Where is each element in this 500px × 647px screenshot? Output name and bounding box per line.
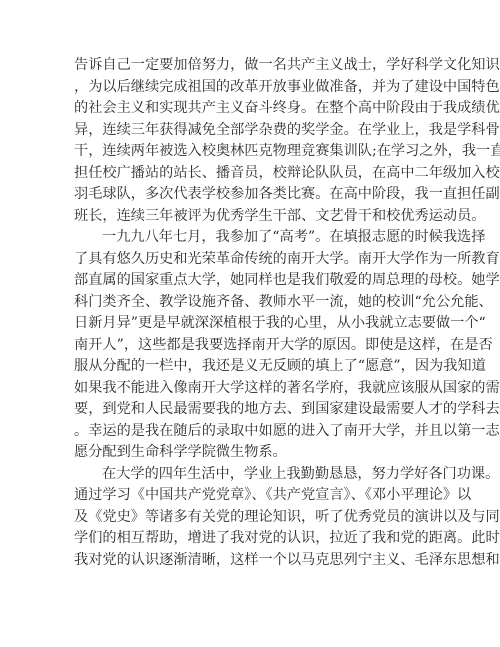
text-line: 我对党的认识逐渐清晰，这样一个以马克思列宁主义、毛泽东思想和	[74, 550, 418, 572]
text-line: 愿分配到生命科学学院微生物系。	[74, 442, 418, 464]
text-line: 科门类齐全、教学设施齐备、教师水平一流，她的校训“允公允能、	[74, 292, 418, 314]
text-line: 一九九八年七月，我参加了“高考”。在填报志愿的时候我选择	[74, 227, 418, 249]
text-line: 服从分配的一栏中，我还是义无反顾的填上了“愿意”，因为我知道	[74, 356, 418, 378]
text-line: 学们的相互帮助，增进了我对党的认识，拉近了我和党的距离。此时	[74, 528, 418, 550]
text-line: 羽毛球队，多次代表学校参加各类比赛。在高中阶段，我一直担任副	[74, 184, 418, 206]
paragraph-3: 在大学的四年生活中，学业上我勤勤恳恳，努力学好各门功课。 通过学习《中国共产党党…	[74, 464, 418, 572]
text-line: 通过学习《中国共产党党章》、《共产党宣言》、《邓小平理论》以	[74, 485, 418, 507]
text-line: 日新月异”更是早就深深植根于我的心里，从小我就立志要做一个“	[74, 313, 418, 335]
text-line: 干，连续两年被选入校奥林匹克物理竞赛集训队;在学习之外，我一直	[74, 141, 418, 163]
text-line: 在大学的四年生活中，学业上我勤勤恳恳，努力学好各门功课。	[74, 464, 418, 486]
text-line: 及《党史》等诸多有关党的理论知识，听了优秀党员的演讲以及与同	[74, 507, 418, 529]
document-page: 告诉自己一定要加倍努力，做一名共产主义战士，学好科学文化知识 ，为以后继续完成祖…	[0, 0, 500, 647]
text-line: 异，连续三年获得减免全部学杂费的奖学金。在学业上，我是学科骨	[74, 120, 418, 142]
text-line: 班长，连续三年被评为优秀学生干部、文艺骨干和校优秀运动员。	[74, 206, 418, 228]
text-line: 南开人”，这些都是我要选择南开大学的原因。即使是这样，在是否	[74, 335, 418, 357]
paragraph-1: 告诉自己一定要加倍努力，做一名共产主义战士，学好科学文化知识 ，为以后继续完成祖…	[74, 55, 418, 227]
document-body: 告诉自己一定要加倍努力，做一名共产主义战士，学好科学文化知识 ，为以后继续完成祖…	[74, 55, 418, 571]
text-line: 如果我不能进入像南开大学这样的著名学府，我就应该服从国家的需	[74, 378, 418, 400]
text-line: 了具有悠久历史和光荣革命传统的南开大学。南开大学作为一所教育	[74, 249, 418, 271]
text-line: 的社会主义和实现共产主义奋斗终身。在整个高中阶段由于我成绩优	[74, 98, 418, 120]
text-line: ，为以后继续完成祖国的改革开放事业做准备，并为了建设中国特色	[74, 77, 418, 99]
text-line: 要，到党和人民最需要我的地方去、到国家建设最需要人才的学科去	[74, 399, 418, 421]
text-line: 告诉自己一定要加倍努力，做一名共产主义战士，学好科学文化知识	[74, 55, 418, 77]
text-line: 担任校广播站的站长、播音员，校辩论队队员，在高中二年级加入校	[74, 163, 418, 185]
text-line: 部直属的国家重点大学，她同样也是我们敬爱的周总理的母校。她学	[74, 270, 418, 292]
paragraph-2: 一九九八年七月，我参加了“高考”。在填报志愿的时候我选择 了具有悠久历史和光荣革…	[74, 227, 418, 464]
text-line: 。幸运的是我在随后的录取中如愿的进入了南开大学，并且以第一志	[74, 421, 418, 443]
